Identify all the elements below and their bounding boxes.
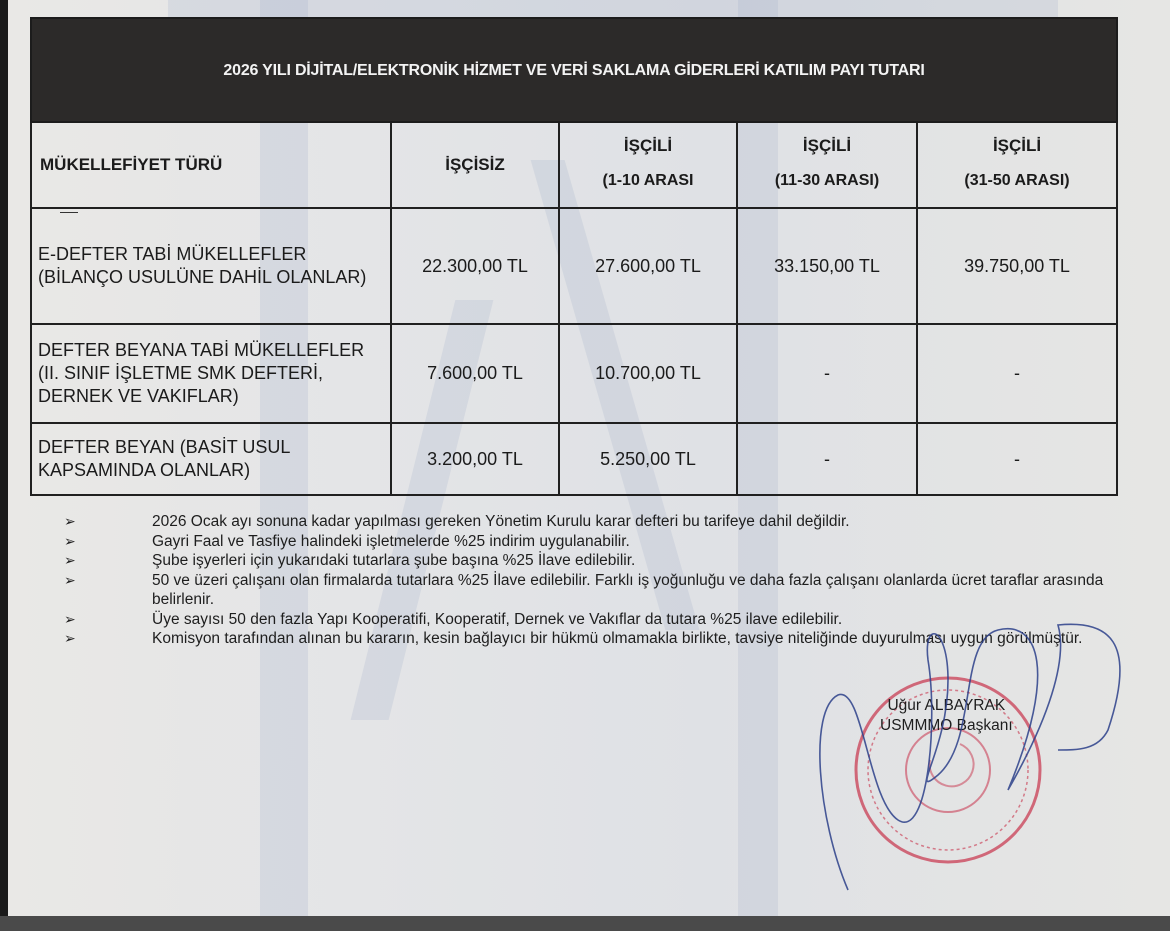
table-row: DEFTER BEYAN (BASİT USUL KAPSAMINDA OLAN… xyxy=(31,423,1117,495)
amount-cell: 10.700,00 TL xyxy=(559,324,737,423)
amount-cell: - xyxy=(737,423,917,495)
amount-cell: - xyxy=(737,324,917,423)
note-item: ➢ Gayri Faal ve Tasfiye halindeki işletm… xyxy=(54,532,1144,552)
amount-cell: 22.300,00 TL xyxy=(391,208,559,324)
note-item: ➢ Şube işyerleri için yukarıdaki tutarla… xyxy=(54,551,1144,571)
note-text: Üye sayısı 50 den fazla Yapı Kooperatifi… xyxy=(152,611,842,628)
amount-cell: - xyxy=(917,324,1117,423)
photo-edge xyxy=(0,0,8,916)
arrow-bullet-icon: ➢ xyxy=(64,532,76,552)
amount-cell: 39.750,00 TL xyxy=(917,208,1117,324)
table-title-row: 2026 YILI DİJİTAL/ELEKTRONİK HİZMET VE V… xyxy=(31,18,1117,122)
table-header-row: MÜKELLEFİYET TÜRÜ İŞÇİSİZ İŞÇİLİ(1-10 AR… xyxy=(31,122,1117,208)
note-text: Gayri Faal ve Tasfiye halindeki işletmel… xyxy=(152,533,630,550)
header-taxpayer-type: MÜKELLEFİYET TÜRÜ xyxy=(31,122,391,208)
table-row: DEFTER BEYANA TABİ MÜKELLEFLER (II. SINI… xyxy=(31,324,1117,423)
header-employees-1-10: İŞÇİLİ(1-10 ARASI xyxy=(559,122,737,208)
header-no-employees: İŞÇİSİZ xyxy=(391,122,559,208)
taxpayer-type-cell: E-DEFTER TABİ MÜKELLEFLER (BİLANÇO USULÜ… xyxy=(31,208,391,324)
note-text: 2026 Ocak ayı sonuna kadar yapılması ger… xyxy=(152,513,850,530)
arrow-bullet-icon: ➢ xyxy=(64,551,76,571)
note-text: Şube işyerleri için yukarıdaki tutarlara… xyxy=(152,552,635,569)
handwritten-signature xyxy=(808,600,1148,900)
taxpayer-type-cell: DEFTER BEYANA TABİ MÜKELLEFLER (II. SINI… xyxy=(31,324,391,423)
table-row: E-DEFTER TABİ MÜKELLEFLER (BİLANÇO USULÜ… xyxy=(31,208,1117,324)
amount-cell: 33.150,00 TL xyxy=(737,208,917,324)
amount-cell: 3.200,00 TL xyxy=(391,423,559,495)
taxpayer-type-cell: DEFTER BEYAN (BASİT USUL KAPSAMINDA OLAN… xyxy=(31,423,391,495)
amount-cell: 5.250,00 TL xyxy=(559,423,737,495)
header-employees-11-30: İŞÇİLİ(11-30 ARASI) xyxy=(737,122,917,208)
arrow-bullet-icon: ➢ xyxy=(64,571,76,591)
amount-cell: 27.600,00 TL xyxy=(559,208,737,324)
note-item: ➢ 2026 Ocak ayı sonuna kadar yapılması g… xyxy=(54,512,1144,532)
arrow-bullet-icon: ➢ xyxy=(64,512,76,532)
fee-table: 2026 YILI DİJİTAL/ELEKTRONİK HİZMET VE V… xyxy=(30,17,1118,496)
amount-cell: - xyxy=(917,423,1117,495)
arrow-bullet-icon: ➢ xyxy=(64,610,76,630)
amount-cell: 7.600,00 TL xyxy=(391,324,559,423)
table-title: 2026 YILI DİJİTAL/ELEKTRONİK HİZMET VE V… xyxy=(31,18,1117,122)
pen-mark xyxy=(60,212,78,213)
header-employees-31-50: İŞÇİLİ(31-50 ARASI) xyxy=(917,122,1117,208)
document-page: 2026 YILI DİJİTAL/ELEKTRONİK HİZMET VE V… xyxy=(8,0,1170,916)
arrow-bullet-icon: ➢ xyxy=(64,629,76,649)
